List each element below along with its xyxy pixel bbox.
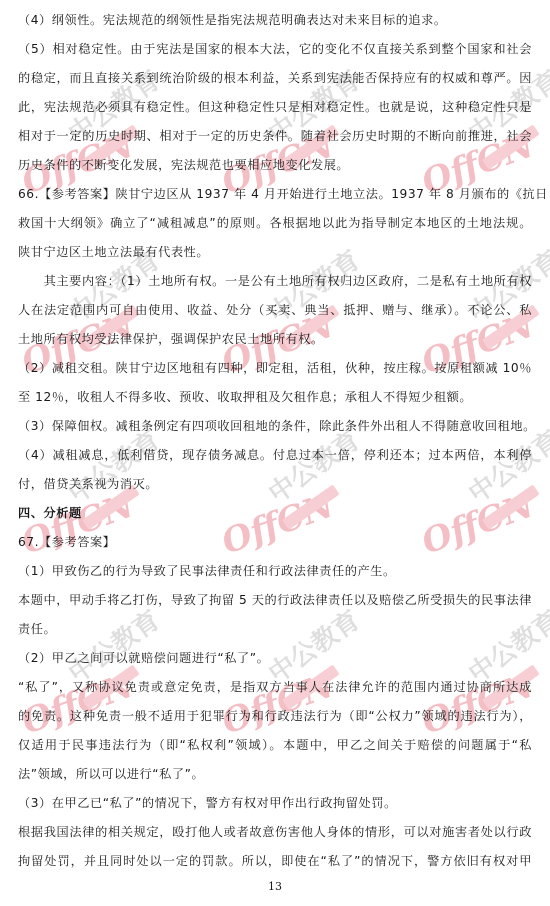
text-line: （3）保障佃权。减租条例定有四项收回租地的条件，除此条件外出租人不得随意收回租地… [18,418,532,434]
text-line: 付，借贷关系视为消灭。 [18,476,532,492]
text-line: 拘留处罚，并且同时处以一定的罚款。所以，即使在“私了”的情况下，警方依旧有权对甲 [18,853,532,869]
watermark-text: 中公教育 [60,600,166,690]
text-line: 历史条件的不断变化发展，宪法规范也要相应地变化发展。 [18,157,532,173]
text-line: 仅适用于民事违法行为（即“私权利”领域）。本题中，甲乙之间关于赔偿的问题属于“私 [18,737,532,753]
text-line: 其主要内容：（1）土地所有权。一是公有土地所有权归边区政府，二是私有土地所有权 [18,273,532,289]
text-line: 67.【参考答案】 [18,534,532,550]
text-line: “私了”，又称协议免责或意定免责，是指双方当事人在法律允许的范围内通过协商所达成 [18,679,532,695]
text-line: （5）相对稳定性。由于宪法是国家的根本大法，它的变化不仅直接关系到整个国家和社会 [18,41,532,57]
page-number: 13 [0,880,550,893]
text-line: （4）纲领性。宪法规范的纲领性是指宪法规范明确表达对未来目标的追求。 [18,12,532,28]
text-line: 的免责。这种免责一般不适用于犯罪行为和行政违法行为（即“公权力”领域的违法行为）… [18,708,532,724]
section-heading: 四、分析题 [18,505,532,521]
text-line: 人在法定范围内可自由使用、收益、处分（买卖、典当、抵押、赠与、继承）。不论公、私 [18,302,532,318]
offcn-logo-icon: OffCN [417,485,540,562]
text-line: 66.【参考答案】陕甘宁边区从 1937 年 4 月开始进行土地立法。1937 … [18,186,532,202]
text-line: 本题中，甲动手将乙打伤，导致了拘留 5 天的行政法律责任以及赔偿乙所受损失的民事… [18,592,532,608]
text-line: 至 12％，收租人不得多收、预收、收取押租及欠租作息；承租人不得短少租额。 [18,389,532,405]
text-line: 法”领域，所以可以进行“私了”。 [18,766,532,782]
text-line: （2）减租交租。陕甘宁边区地租有四种，即定租，活租，伙种，按庄稼。按原租额减 1… [18,360,532,376]
text-line: 的稳定，而且直接关系到统治阶级的根本利益，关系到宪法能否保持应有的权威和尊严。因 [18,70,532,86]
text-line: 相对于一定的历史时期、相对于一定的历史条件。随着社会历史时期的不断向前推进，社会 [18,128,532,144]
text-line: 救国十大纲领》确立了“减租减息”的原则。各根据地以此为指导制定本地区的土地法规。 [18,215,532,231]
text-line: （3）在甲乙已“私了”的情况下，警方有权对甲作出行政拘留处罚。 [18,795,532,811]
offcn-logo-icon: OffCN [217,485,340,562]
watermark-text: 中公教育 [260,600,366,690]
offcn-logo-icon: OffCN [17,485,140,562]
offcn-logo-icon: OffCN [417,665,540,742]
watermark-text: 中公教育 [460,600,550,690]
text-line: 陕甘宁边区土地立法最有代表性。 [18,244,532,260]
text-line: 土地所有权均受法律保护，强调保护农民土地所有权。 [18,331,532,347]
text-line: 根据我国法律的相关规定，殴打他人或者故意伤害他人身体的情形，可以对施害者处以行政 [18,824,532,840]
text-line: （2）甲乙之间可以就赔偿问题进行“私了”。 [18,650,532,666]
text-line: （4）减租减息，低利借贷，现存债务减息。付息过本一倍，停利还本；过本两倍，本利停 [18,447,532,463]
text-line: 此，宪法规范必须具有稳定性。但这种稳定性只是相对稳定性。也就是说，这种稳定性只是 [18,99,532,115]
offcn-logo-icon: OffCN [17,665,140,742]
text-line: 责任。 [18,621,532,637]
text-line: （1）甲致伤乙的行为导致了民事法律责任和行政法律责任的产生。 [18,563,532,579]
document-page: OffCN中公教育OffCN中公教育OffCN中公教育OffCN中公教育OffC… [0,0,550,906]
offcn-logo-icon: OffCN [217,665,340,742]
